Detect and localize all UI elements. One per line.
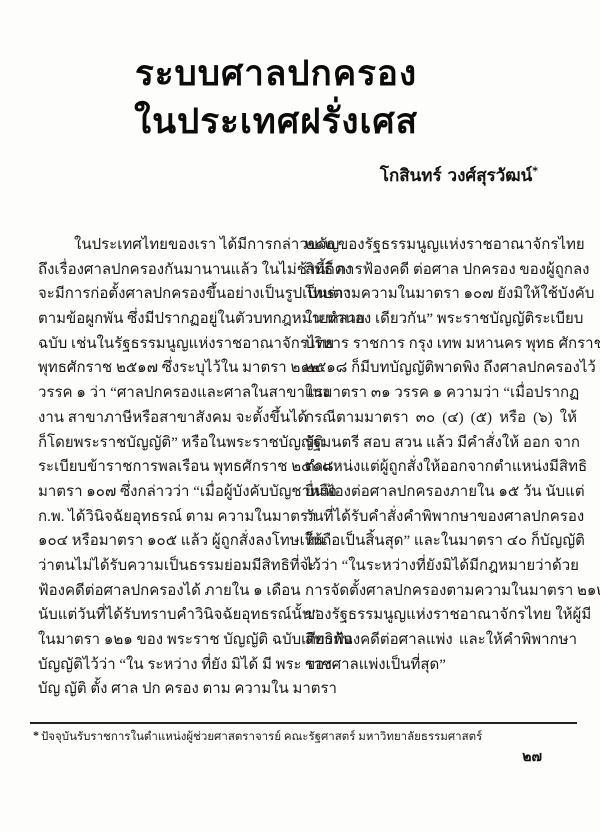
text-line: ในมาตรา ๑๒๑ ของ พระราช บัญญัติ ฉบับเดียว…: [38, 628, 296, 653]
text-line: วรรค ๑ ว่า “ศาลปกครองและศาลในสาขาแรง: [38, 381, 296, 406]
footnote-divider: [30, 722, 577, 724]
page-number: ๒๗: [522, 746, 542, 768]
text-line: งาน สาขาภาษีหรือสาขาสังคม จะตั้งขึ้นได้: [38, 406, 296, 431]
text-line: จะมีการก่อตั้งศาลปกครองขึ้นอย่างเป็นรูปเ…: [38, 282, 296, 307]
text-line: ตามข้อผูกพัน ซึ่งมีปรากฏอยู่ในตัวบทกฎหมา…: [38, 307, 296, 332]
text-line: บัญญัติไว้ว่า “ใน ระหว่าง ที่ยัง มิได้ ม…: [38, 653, 296, 678]
author-footnote-marker: *: [532, 164, 538, 177]
text-line: สิทธิฟ้องคดีต่อศาลแพ่ง และให้คำพิพากษา: [305, 628, 577, 653]
text-line: ยื่นฟ้องต่อศาลปกครองภายใน ๑๕ วัน นับแต่: [305, 480, 577, 505]
author-byline: โกสินทร์ วงศ์สุรวัฒน์*: [0, 162, 600, 189]
text-line: ตำแหน่งแต่ผู้ถูกสั่งให้ออกจากตำแหน่งมีสิ…: [305, 455, 577, 480]
document-page: ระบบศาลปกครอง ในประเทศฝรั่งเศส โกสินทร์ …: [0, 0, 600, 832]
text-line: ก.พ. ได้วินิจฉัยอุทธรณ์ ตาม ความในมาตรา: [38, 505, 296, 530]
page-title-line-2: ในประเทศฝรั่งเศส: [0, 98, 552, 146]
text-line: ฟ้องคดีต่อศาลปกครองได้ ภายใน ๑ เดือน: [38, 579, 296, 604]
text-line: ว่าตนไม่ได้รับความเป็นธรรมย่อมมีสิทธิที่…: [38, 554, 296, 579]
text-line: ฉบับ เช่นในรัฐธรรมนูญแห่งราชอาณาจักรไทย: [38, 332, 296, 357]
text-line: ๒๑๒ ของรัฐธรรมนูญแห่งราชอาณาจักรไทย: [305, 233, 577, 258]
text-line: ให้ถือเป็นสิ้นสุด” และในมาตรา ๔๐ ก็บัญญั…: [305, 529, 577, 554]
text-line: บัญ ญัติ ตั้ง ศาล ปก ครอง ตาม ความใน มาต…: [38, 677, 296, 702]
text-line: ๒๕๑๘ ก็มีบทบัญญัติพาดพิง ถึงศาลปกครองไว้: [305, 356, 577, 381]
text-line: นับแต่วันที่ได้รับทราบคำวินิจฉัยอุทธรณ์น…: [38, 603, 296, 628]
text-line: ถึงเรื่องศาลปกครองกันมานานแล้ว ในไม่ช้าน…: [38, 258, 296, 283]
text-line: การจัดตั้งศาลปกครองตามความในมาตรา ๒๑๒: [305, 579, 577, 604]
text-line: ไว้ว่า “ในระหว่างที่ยังมิได้มีกฎหมายว่าด…: [305, 554, 577, 579]
text-line: ๑๐๔ หรือมาตรา ๑๐๕ แล้ว ผู้ถูกสั่งลงโทษเห…: [38, 529, 296, 554]
body-text: ในประเทศไทยของเรา ได้มีการกล่าวขวัญ ถึงเ…: [0, 233, 600, 702]
footnote-text: ปัจจุบันรับราชการในตำแหน่งผู้ช่วยศาสตราจ…: [41, 731, 482, 743]
text-line: ก็โดยพระราชบัญญัติ” หรือในพระราชบัญญัติ: [38, 431, 296, 456]
footnote: *ปัจจุบันรับราชการในตำแหน่งผู้ช่วยศาสตรา…: [33, 728, 482, 746]
text-line: ในมาตรา ๓๑ วรรค ๑ ความว่า “เมื่อปรากฏ: [305, 381, 577, 406]
text-line: ระเบียบข้าราชการพลเรือน พุทธศักราช ๒๕๑๘: [38, 455, 296, 480]
text-line: บริหาร ราชการ กรุง เทพ มหานคร พุทธ ศักรา…: [305, 332, 577, 357]
text-line: ของรัฐธรรมนูญแห่งราชอาณาจักรไทย ให้ผู้มี: [305, 603, 577, 628]
text-line: วันที่ได้รับคำสั่งคำพิพากษาของศาลปกครอง: [305, 505, 577, 530]
text-line: กรณีตามมาตรา ๓๐ (๔) (๕) หรือ (๖) ให้: [305, 406, 577, 431]
text-line: ของศาลแพ่งเป็นที่สุด”: [305, 653, 577, 678]
page-title: ระบบศาลปกครอง ในประเทศฝรั่งเศส: [0, 0, 600, 146]
text-line: สิทธิ การฟ้องคดี ต่อศาล ปกครอง ของผู้ถูก…: [305, 258, 577, 283]
footnote-marker: *: [33, 728, 39, 742]
right-column: ๒๑๒ ของรัฐธรรมนูญแห่งราชอาณาจักรไทย สิทธ…: [305, 233, 577, 702]
text-line: โทษตามความในมาตรา ๑๐๗ ยังมิให้ใช้บังคับ: [305, 282, 577, 307]
text-line: ใน ทำนอง เดียวกัน” พระราชบัญญัติระเบียบ: [305, 307, 577, 332]
text-line: รัฐมนตรี สอบ สวน แล้ว มีคำสั่งให้ ออก จา…: [305, 431, 577, 456]
page-title-line-1: ระบบศาลปกครอง: [0, 50, 552, 98]
text-line: ในประเทศไทยของเรา ได้มีการกล่าวขวัญ: [38, 233, 296, 258]
text-line: พุทธศักราช ๒๕๑๗ ซึ่งระบุไว้ใน มาตรา ๒๑๒: [38, 356, 296, 381]
text-line: มาตรา ๑๐๗ ซึ่งกล่าวว่า “เมื่อผู้บังคับบั…: [38, 480, 296, 505]
author-name: โกสินทร์ วงศ์สุรวัฒน์: [380, 166, 532, 186]
left-column: ในประเทศไทยของเรา ได้มีการกล่าวขวัญ ถึงเ…: [38, 233, 296, 702]
